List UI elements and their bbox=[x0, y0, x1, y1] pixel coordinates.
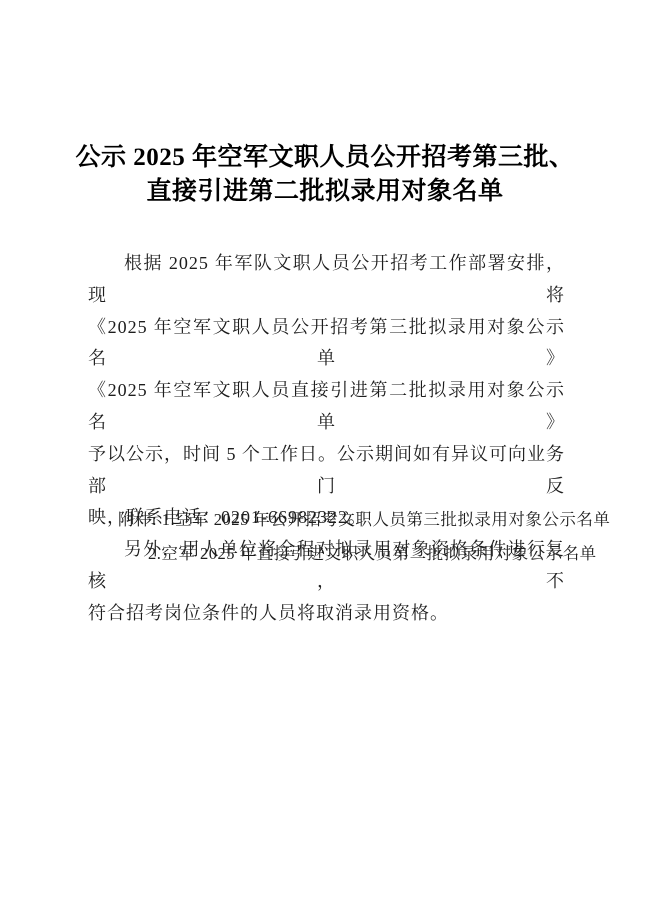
body-line-3: 《2025 年空军文职人员直接引进第二批拟录用对象公示名单》 bbox=[88, 375, 565, 439]
title-line-1: 公示 2025 年空军文职人员公开招考第三批、 bbox=[0, 141, 650, 175]
document-title: 公示 2025 年空军文职人员公开招考第三批、 直接引进第二批拟录用对象名单 bbox=[0, 141, 650, 209]
title-line-2: 直接引进第二批拟录用对象名单 bbox=[0, 175, 650, 209]
body-line-2: 《2025 年空军文职人员公开招考第三批拟录用对象公示名单》 bbox=[88, 312, 565, 376]
body-line-7: 符合招考岗位条件的人员将取消录用资格。 bbox=[88, 598, 565, 630]
attachment-line-1: 附件: 1.空军 2025 年公开招考文职人员第三批拟录用对象公示名单 bbox=[118, 503, 603, 537]
body-line-4: 予以公示，时间 5 个工作日。公示期间如有异议可向业务部门反 bbox=[88, 439, 565, 503]
attachments-section: 附件: 1.空军 2025 年公开招考文职人员第三批拟录用对象公示名单 2.空军… bbox=[118, 503, 603, 571]
body-line-1: 根据 2025 年军队文职人员公开招考工作部署安排，现将 bbox=[88, 248, 565, 312]
document-body: 根据 2025 年军队文职人员公开招考工作部署安排，现将 《2025 年空军文职… bbox=[88, 248, 565, 630]
document-page: 公示 2025 年空军文职人员公开招考第三批、 直接引进第二批拟录用对象名单 根… bbox=[0, 0, 650, 919]
attachment-line-2: 2.空军 2025 年直接引进文职人员第二批拟录用对象公示名单 bbox=[118, 537, 603, 571]
